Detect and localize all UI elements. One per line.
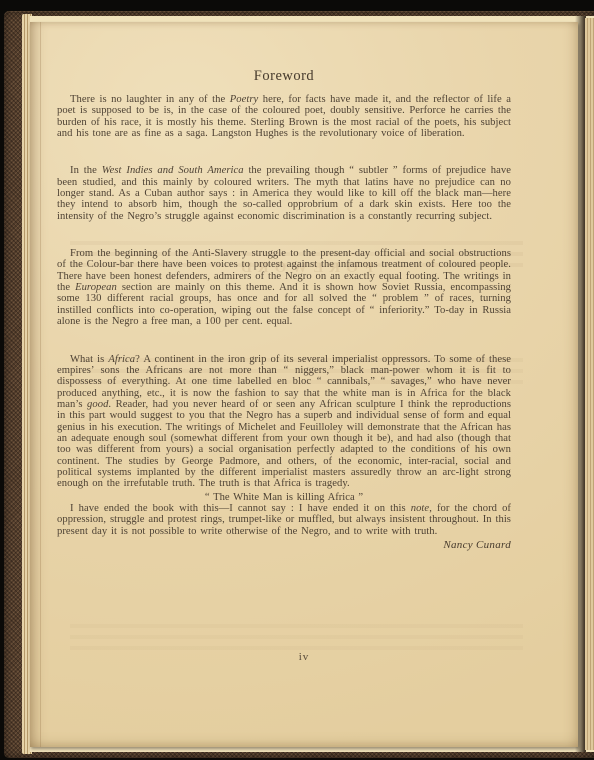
text-run: There is no laughter in any of the xyxy=(70,94,230,105)
book-page: FOREWORD Foreword There is no laughter i… xyxy=(30,22,578,747)
page-number: iv xyxy=(30,651,578,663)
page-edges-right xyxy=(585,18,594,750)
italic-run: note xyxy=(411,503,429,514)
paragraph-closing: I have ended the book with this—I cannot… xyxy=(57,503,511,537)
page-title: Foreword xyxy=(57,68,511,85)
italic-run: European xyxy=(75,282,117,293)
paragraph-poetry: There is no laughter in any of the Poetr… xyxy=(57,94,511,139)
text-run: In the xyxy=(70,165,102,176)
paragraph-anti-slavery: From the beginning of the Anti-Slavery s… xyxy=(57,248,511,327)
author-signature: Nancy Cunard xyxy=(57,539,511,551)
text-run: . Reader, had you never heard of or seen… xyxy=(57,399,511,489)
italic-run: Poetry xyxy=(230,94,259,105)
quote-line: “ The White Man is killing Africa ” xyxy=(57,492,511,503)
scanned-book-photo: FOREWORD Foreword There is no laughter i… xyxy=(0,0,594,760)
paragraph-west-indies: In the West Indies and South America the… xyxy=(57,165,511,222)
text-run: I have ended the book with this—I cannot… xyxy=(70,503,411,514)
page-content: Foreword There is no laughter in any of … xyxy=(30,22,578,747)
italic-run: West Indies and South America xyxy=(102,165,244,176)
italic-run: good xyxy=(87,399,108,410)
italic-run: Africa xyxy=(108,354,135,365)
paragraph-africa: What is Africa? A continent in the iron … xyxy=(57,354,511,490)
text-run: What is xyxy=(70,354,108,365)
text-run: section are mainly on this theme. And it… xyxy=(57,282,511,327)
